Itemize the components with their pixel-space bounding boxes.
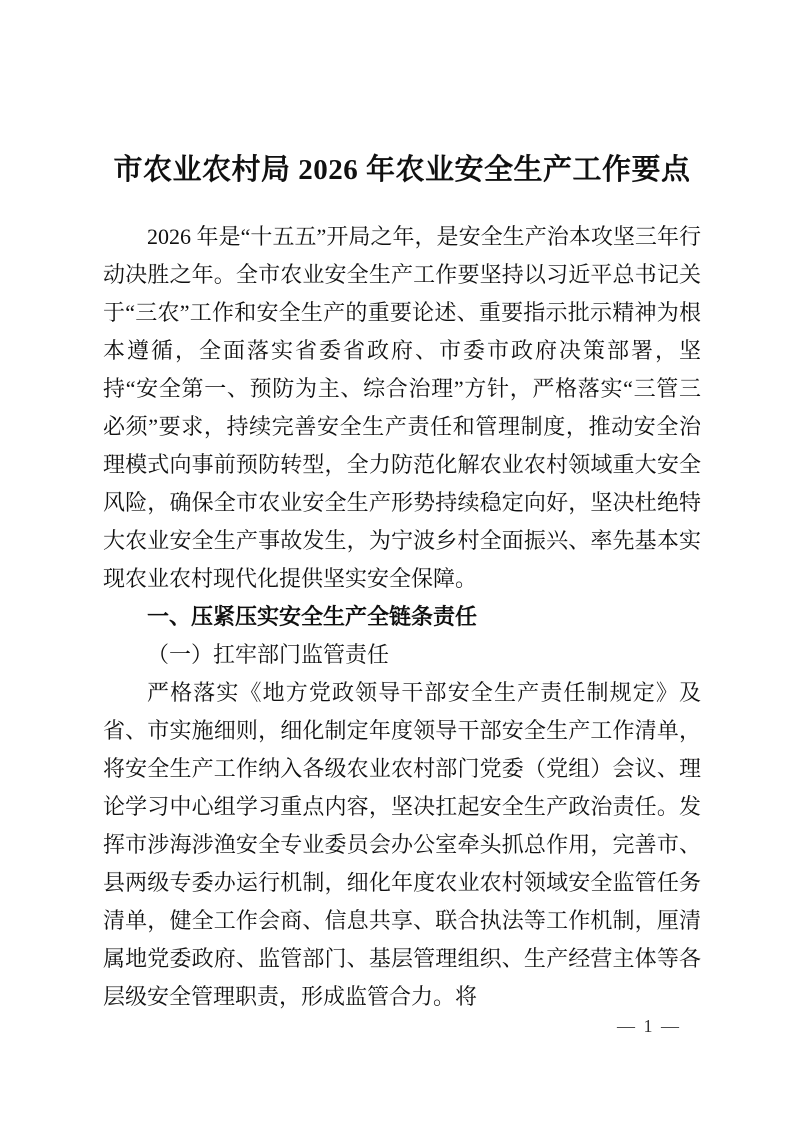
page-title: 市农业农村局 2026 年农业安全生产工作要点 (103, 146, 701, 194)
intro-paragraph: 2026 年是“十五五”开局之年，是安全生产治本攻坚三年行动决胜之年。全市农业安… (103, 218, 701, 598)
subsection-1-heading: （一）扛牢部门监管责任 (103, 636, 701, 674)
section-1-heading: 一、压紧压实安全生产全链条责任 (103, 598, 701, 636)
page-number: — 1 — (617, 1016, 681, 1037)
subsection-1-paragraph: 严格落实《地方党政领导干部安全生产责任制规定》及省、市实施细则，细化制定年度领导… (103, 674, 701, 1016)
document-content: 市农业农村局 2026 年农业安全生产工作要点 2026 年是“十五五”开局之年… (103, 146, 701, 1016)
document-page: 市农业农村局 2026 年农业安全生产工作要点 2026 年是“十五五”开局之年… (0, 0, 793, 1122)
